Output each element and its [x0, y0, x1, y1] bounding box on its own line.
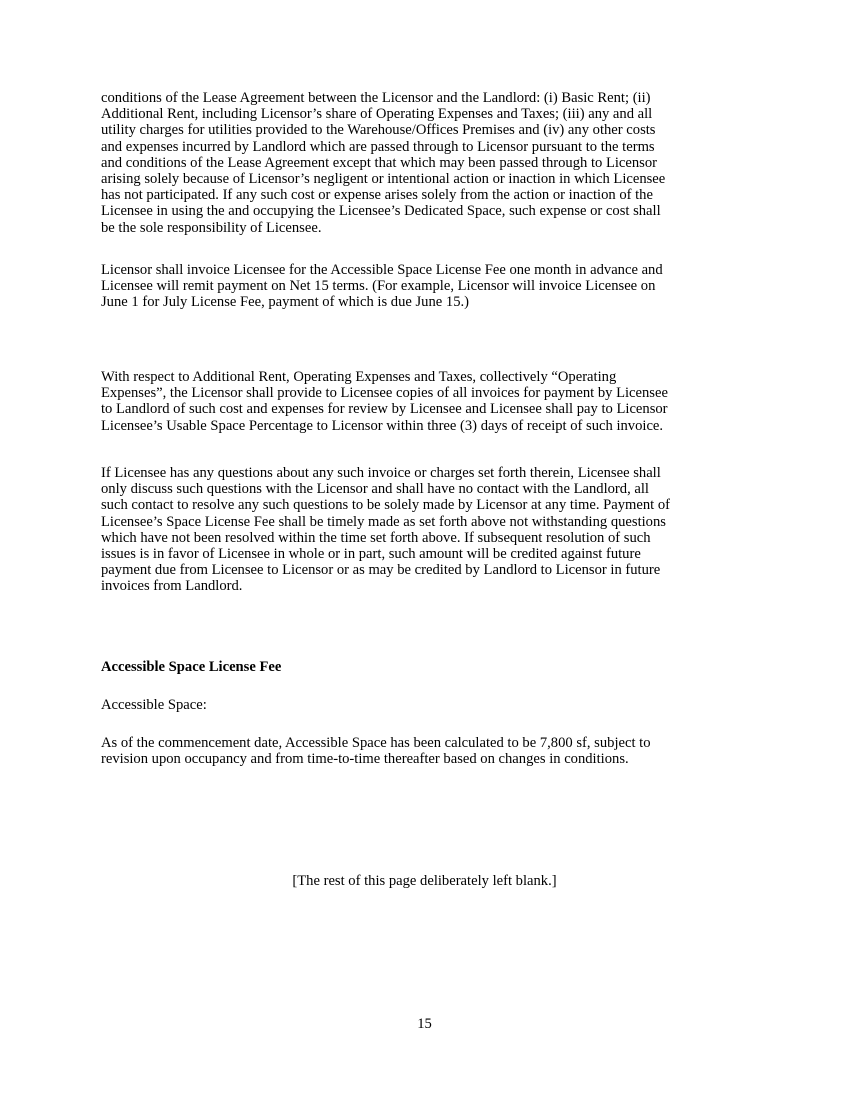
page-number: 15 [0, 1016, 849, 1032]
text-line: revision upon occupancy and from time-to… [101, 751, 761, 767]
subheading: Accessible Space: [101, 697, 761, 713]
text-line: Licensee in using the and occupying the … [101, 203, 761, 219]
paragraph-accessible-space: As of the commencement date, Accessible … [101, 735, 761, 767]
text-line: Additional Rent, including Licensor’s sh… [101, 106, 761, 122]
text-line: Licensee will remit payment on Net 15 te… [101, 278, 761, 294]
paragraph-invoice-questions: If Licensee has any questions about any … [101, 465, 761, 595]
text-line: As of the commencement date, Accessible … [101, 735, 761, 751]
text-line: Licensee’s Space License Fee shall be ti… [101, 514, 761, 530]
text-line: invoices from Landlord. [101, 578, 761, 594]
text-line: conditions of the Lease Agreement betwee… [101, 90, 761, 106]
text-line: payment due from Licensee to Licensor or… [101, 562, 761, 578]
text-line: Expenses”, the Licensor shall provide to… [101, 385, 761, 401]
document-page: conditions of the Lease Agreement betwee… [0, 0, 849, 1100]
paragraph-invoicing: Licensor shall invoice Licensee for the … [101, 262, 761, 311]
text-line: Licensor shall invoice Licensee for the … [101, 262, 761, 278]
text-line: has not participated. If any such cost o… [101, 187, 761, 203]
text-line: be the sole responsibility of Licensee. [101, 220, 761, 236]
text-line: arising solely because of Licensor’s neg… [101, 171, 761, 187]
text-line: which have not been resolved within the … [101, 530, 761, 546]
section-heading-text: Accessible Space License Fee [101, 659, 761, 675]
text-line: issues is in favor of Licensee in whole … [101, 546, 761, 562]
text-line: and conditions of the Lease Agreement ex… [101, 155, 761, 171]
blank-page-notice: [The rest of this page deliberately left… [0, 873, 849, 889]
subheading-text: Accessible Space: [101, 697, 761, 713]
text-line: and expenses incurred by Landlord which … [101, 139, 761, 155]
text-line: June 1 for July License Fee, payment of … [101, 294, 761, 310]
text-line: to Landlord of such cost and expenses fo… [101, 401, 761, 417]
section-heading: Accessible Space License Fee [101, 659, 761, 675]
text-line: only discuss such questions with the Lic… [101, 481, 761, 497]
text-line: such contact to resolve any such questio… [101, 497, 761, 513]
text-line: With respect to Additional Rent, Operati… [101, 369, 761, 385]
text-line: If Licensee has any questions about any … [101, 465, 761, 481]
paragraph-cost-pass-through: conditions of the Lease Agreement betwee… [101, 90, 761, 236]
text-line: utility charges for utilities provided t… [101, 122, 761, 138]
paragraph-operating-expenses: With respect to Additional Rent, Operati… [101, 369, 761, 434]
text-line: Licensee’s Usable Space Percentage to Li… [101, 418, 761, 434]
